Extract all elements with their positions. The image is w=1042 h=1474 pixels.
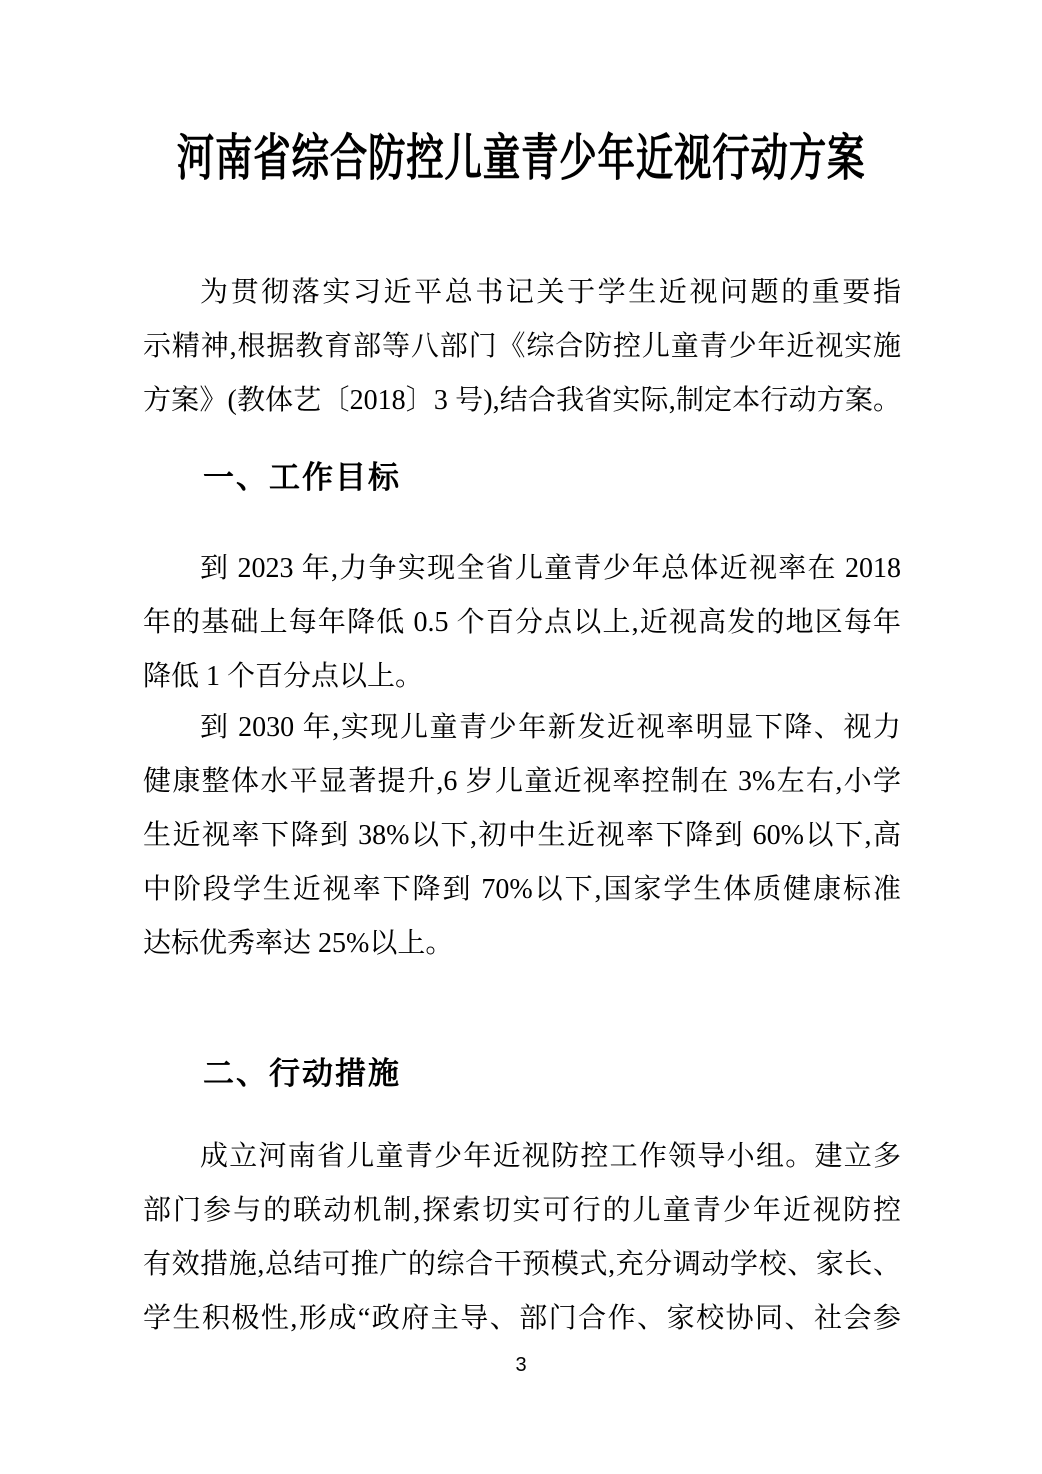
section-heading-work-goals: 一、工作目标 [143, 457, 961, 499]
text-line: 为贯彻落实习近平总书记关于学生近视问题的重要指 [143, 266, 901, 320]
document-page: 河南省综合防控儿童青少年近视行动方案 为贯彻落实习近平总书记关于学生近视问题的重… [0, 0, 1042, 1474]
text-line: 有效措施,总结可推广的综合干预模式,充分调动学校、家长、 [143, 1238, 901, 1292]
page-number: 3 [0, 1350, 1042, 1380]
measures-paragraph: 成立河南省儿童青少年近视防控工作领导小组。建立多 部门参与的联动机制,探索切实可… [143, 1130, 901, 1346]
text-line: 成立河南省儿童青少年近视防控工作领导小组。建立多 [143, 1130, 901, 1184]
section-heading-action-measures: 二、行动措施 [143, 1053, 961, 1095]
text-line: 部门参与的联动机制,探索切实可行的儿童青少年近视防控 [143, 1184, 901, 1238]
text-line: 到 2030 年,实现儿童青少年新发近视率明显下降、视力 [143, 701, 901, 755]
goals-2030-paragraph: 到 2030 年,实现儿童青少年新发近视率明显下降、视力 健康整体水平显著提升,… [143, 701, 901, 971]
text-line: 示精神,根据教育部等八部门《综合防控儿童青少年近视实施 [143, 320, 901, 374]
text-line: 学生积极性,形成“政府主导、部门合作、家校协同、社会参 [143, 1292, 901, 1346]
text-line: 到 2023 年,力争实现全省儿童青少年总体近视率在 2018 [143, 542, 901, 596]
text-line: 生近视率下降到 38%以下,初中生近视率下降到 60%以下,高 [143, 809, 901, 863]
text-line: 方案》(教体艺〔2018〕3 号),结合我省实际,制定本行动方案。 [143, 374, 901, 428]
text-line: 达标优秀率达 25%以上。 [143, 917, 901, 971]
goals-2023-paragraph: 到 2023 年,力争实现全省儿童青少年总体近视率在 2018 年的基础上每年降… [143, 542, 901, 704]
text-line: 降低 1 个百分点以上。 [143, 650, 901, 704]
document-title: 河南省综合防控儿童青少年近视行动方案 [130, 128, 912, 188]
text-line: 中阶段学生近视率下降到 70%以下,国家学生体质健康标准 [143, 863, 901, 917]
intro-paragraph: 为贯彻落实习近平总书记关于学生近视问题的重要指 示精神,根据教育部等八部门《综合… [143, 266, 901, 428]
text-line: 年的基础上每年降低 0.5 个百分点以上,近视高发的地区每年 [143, 596, 901, 650]
text-line: 健康整体水平显著提升,6 岁儿童近视率控制在 3%左右,小学 [143, 755, 901, 809]
